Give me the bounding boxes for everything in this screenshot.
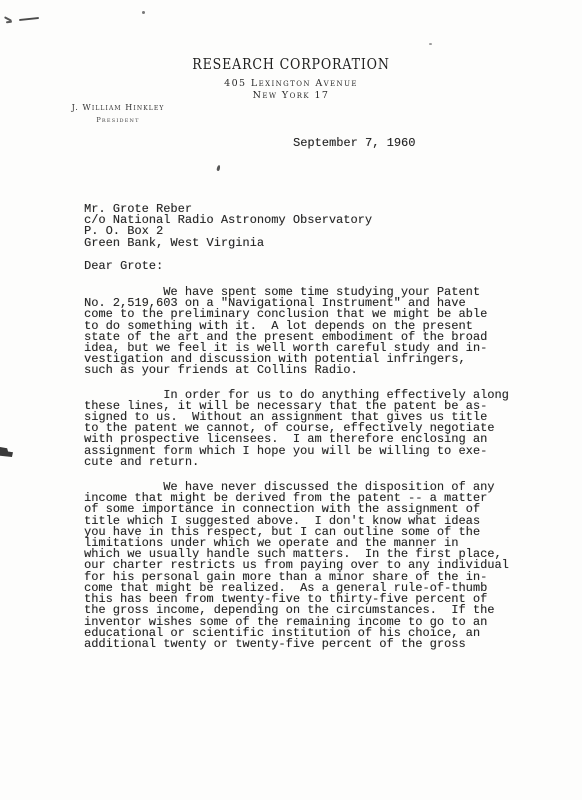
letterhead-officer-block: J. William Hinkley President [62, 103, 174, 124]
officer-title: President [62, 116, 174, 124]
letter-date: September 7, 1960 [293, 136, 415, 150]
salutation: Dear Grote: [84, 261, 509, 272]
scanned-letter-page: RESEARCH CORPORATION 405 Lexington Avenu… [0, 0, 582, 800]
scan-speck [429, 43, 432, 45]
pencil-mark [19, 17, 39, 21]
scan-edge-mark [0, 447, 13, 457]
scan-speck [216, 165, 220, 172]
letter-body: Mr. Grote Reber c/o National Radio Astro… [84, 204, 509, 650]
body-paragraph-2: In order for us to do anything effective… [84, 390, 509, 468]
body-paragraph-3: We have never discussed the disposition … [84, 482, 509, 650]
letterhead-city-line: New York 17 [0, 90, 582, 101]
officer-name: J. William Hinkley [62, 103, 174, 112]
letterhead-company-name: RESEARCH CORPORATION [47, 55, 536, 73]
pencil-mark [6, 21, 12, 24]
letterhead-street-address: 405 Lexington Avenue [0, 78, 582, 89]
body-paragraph-1: We have spent some time studying your Pa… [84, 287, 509, 377]
scan-speck [142, 11, 145, 14]
recipient-address-block: Mr. Grote Reber c/o National Radio Astro… [84, 204, 509, 249]
